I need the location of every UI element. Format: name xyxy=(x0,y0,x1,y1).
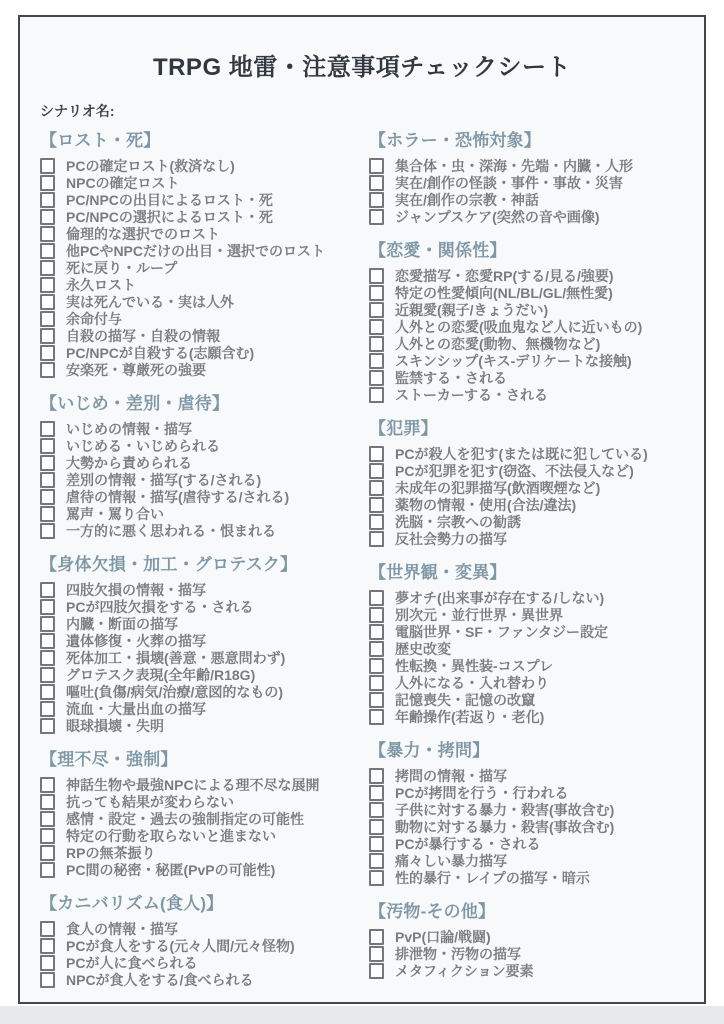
checklist-section: 【暴力・拷問】拷問の情報・描写PCが拷問を行う・行われる子供に対する暴力・殺害(… xyxy=(369,741,684,886)
checklist-item: 反社会勢力の描写 xyxy=(369,530,684,547)
checkbox[interactable] xyxy=(40,226,55,242)
checklist-item: ストーカーする・される xyxy=(369,386,684,403)
checklist-item: 食人の情報・描写 xyxy=(40,920,355,937)
checkbox[interactable] xyxy=(40,777,55,793)
checkbox[interactable] xyxy=(40,633,55,649)
checklist-item: 実在/創作の宗教・神話 xyxy=(369,191,684,208)
checklist-item: 人外との恋愛(吸血鬼など人に近いもの) xyxy=(369,318,684,335)
checklist-item: PvP(口論/戦闘) xyxy=(369,928,684,945)
checklist-section: 【犯罪】PCが殺人を犯す(または既に犯している)PCが犯罪を犯す(窃盗、不法侵入… xyxy=(369,419,684,547)
checkbox[interactable] xyxy=(40,362,55,378)
checkbox[interactable] xyxy=(40,277,55,293)
checklist-item: PCが四肢欠損をする・される xyxy=(40,598,355,615)
checklist-item: PCが拷問を行う・行われる xyxy=(369,784,684,801)
checklist-item: 余命付与 xyxy=(40,310,355,327)
checklist-item: 死体加工・損壊(善意・悪意問わず) xyxy=(40,649,355,666)
checklist-item: いじめの情報・描写 xyxy=(40,420,355,437)
checkbox[interactable] xyxy=(40,938,55,954)
checklist-item: 拷問の情報・描写 xyxy=(369,767,684,784)
page-title: TRPG 地雷・注意事項チェックシート xyxy=(40,47,684,82)
checklist-item: NPCの確定ロスト xyxy=(40,174,355,191)
checkbox[interactable] xyxy=(40,718,55,734)
checkbox[interactable] xyxy=(369,497,384,513)
checkbox[interactable] xyxy=(369,946,384,962)
checklist-item: 近親愛(親子/きょうだい) xyxy=(369,301,684,318)
checklist-item: PC間の秘密・秘匿(PvPの可能性) xyxy=(40,861,355,878)
checklist-item-label: 反社会勢力の描写 xyxy=(395,529,507,549)
checklist-section: 【恋愛・関係性】恋愛描写・恋愛RP(する/見る/強要)特定の性愛傾向(NL/BL… xyxy=(369,241,684,403)
checkbox[interactable] xyxy=(40,209,55,225)
checklist-item: 監禁する・される xyxy=(369,369,684,386)
checkbox[interactable] xyxy=(369,836,384,852)
checklist-item: 排泄物・汚物の描写 xyxy=(369,945,684,962)
checkbox[interactable] xyxy=(40,158,55,174)
checkbox[interactable] xyxy=(40,845,55,861)
checklist-item: 人外との恋愛(動物、無機物など) xyxy=(369,335,684,352)
checkbox[interactable] xyxy=(40,862,55,878)
checklist-item: PCが殺人を犯す(または既に犯している) xyxy=(369,445,684,462)
checklist-section: 【身体欠損・加工・グロテスク】四肢欠損の情報・描写PCが四肢欠損をする・される内… xyxy=(40,555,355,734)
checklist-item: 痛々しい暴力描写 xyxy=(369,852,684,869)
checklist-item: 実在/創作の怪談・事件・事故・災害 xyxy=(369,174,684,191)
checklist-item: グロテスク表現(全年齢/R18G) xyxy=(40,666,355,683)
checklist-page: TRPG 地雷・注意事項チェックシート シナリオ名: 【ロスト・死】PCの確定ロ… xyxy=(0,0,724,1006)
checkbox[interactable] xyxy=(40,489,55,505)
checkbox[interactable] xyxy=(369,531,384,547)
checklist-item: PC/NPCの出目によるロスト・死 xyxy=(40,191,355,208)
checkbox[interactable] xyxy=(40,599,55,615)
checklist-item: 嘔吐(負傷/病気/治療/意図的なもの) xyxy=(40,683,355,700)
checklist-item-label: ジャンプスケア(突然の音や画像) xyxy=(395,207,599,227)
checklist-item-label: ストーカーする・される xyxy=(395,385,548,405)
checklist-item: 抗っても結果が変わらない xyxy=(40,793,355,810)
checkbox[interactable] xyxy=(369,819,384,835)
checklist-item-label: メタフィクション要素 xyxy=(395,961,534,981)
checklist-item: 子供に対する暴力・殺害(事故含む) xyxy=(369,801,684,818)
checkbox[interactable] xyxy=(40,243,55,259)
checklist-section: 【カニバリズム(食人)】食人の情報・描写PCが食人をする(元々人間/元々怪物)P… xyxy=(40,894,355,988)
checklist-item-label: PC間の秘密・秘匿(PvPの可能性) xyxy=(66,860,275,880)
checkbox[interactable] xyxy=(369,641,384,657)
checklist-item: メタフィクション要素 xyxy=(369,962,684,979)
checkbox[interactable] xyxy=(369,785,384,801)
checklist-item: 自殺の描写・自殺の情報 xyxy=(40,327,355,344)
checklist-item: 特定の性愛傾向(NL/BL/GL/無性愛) xyxy=(369,284,684,301)
checkbox[interactable] xyxy=(369,514,384,530)
checkbox[interactable] xyxy=(40,472,55,488)
checkbox[interactable] xyxy=(40,650,55,666)
checklist-item: 実は死んでいる・実は人外 xyxy=(40,293,355,310)
checklist-item: 年齢操作(若返り・老化) xyxy=(369,708,684,725)
checkbox[interactable] xyxy=(369,802,384,818)
checklist-item: 差別の情報・描写(する/される) xyxy=(40,471,355,488)
checkbox[interactable] xyxy=(369,929,384,945)
checklist-item: ジャンプスケア(突然の音や画像) xyxy=(369,208,684,225)
checklist-columns: 【ロスト・死】PCの確定ロスト(救済なし)NPCの確定ロストPC/NPCの出目に… xyxy=(40,131,684,988)
checkbox[interactable] xyxy=(40,972,55,988)
checkbox[interactable] xyxy=(40,421,55,437)
checkbox[interactable] xyxy=(40,438,55,454)
checklist-item-label: 安楽死・尊厳死の強要 xyxy=(66,360,206,380)
checkbox[interactable] xyxy=(40,828,55,844)
checklist-item: 内臓・断面の描写 xyxy=(40,615,355,632)
checklist-item: 流血・大量出血の描写 xyxy=(40,700,355,717)
checkbox[interactable] xyxy=(40,955,55,971)
checklist-item: PCが食人をする(元々人間/元々怪物) xyxy=(40,937,355,954)
checkbox[interactable] xyxy=(40,921,55,937)
checklist-section: 【世界観・変異】夢オチ(出来事が存在する/しない)別次元・並行世界・異世界電脳世… xyxy=(369,563,684,725)
checklist-item: PCの確定ロスト(救済なし) xyxy=(40,157,355,174)
section-heading: 【ホラー・恐怖対象】 xyxy=(369,131,684,151)
checkbox[interactable] xyxy=(40,523,55,539)
checkbox[interactable] xyxy=(369,158,384,174)
checklist-item: いじめる・いじめられる xyxy=(40,437,355,454)
checkbox[interactable] xyxy=(40,794,55,810)
checklist-column-right: 【ホラー・恐怖対象】集合体・虫・深海・先端・内臓・人形実在/創作の怪談・事件・事… xyxy=(369,131,684,988)
checklist-item: 恋愛描写・恋愛RP(する/見る/強要) xyxy=(369,267,684,284)
checkbox[interactable] xyxy=(40,260,55,276)
checklist-section: 【汚物-その他】PvP(口論/戦闘)排泄物・汚物の描写メタフィクション要素 xyxy=(369,902,684,979)
checkbox[interactable] xyxy=(40,311,55,327)
section-heading: 【いじめ・差別・虐待】 xyxy=(40,394,355,414)
checklist-item: RPの無茶振り xyxy=(40,844,355,861)
checklist-item: PCが犯罪を犯す(窃盗、不法侵入など) xyxy=(369,462,684,479)
checklist-item-label: 眼球損壊・失明 xyxy=(66,716,164,736)
checkbox[interactable] xyxy=(369,370,384,386)
checkbox[interactable] xyxy=(40,667,55,683)
checklist-item: 虐待の情報・描写(虐待する/される) xyxy=(40,488,355,505)
checklist-item: 安楽死・尊厳死の強要 xyxy=(40,361,355,378)
section-heading: 【犯罪】 xyxy=(369,419,684,439)
checklist-item: 集合体・虫・深海・先端・内臓・人形 xyxy=(369,157,684,174)
checklist-item: 未成年の犯罪描写(飲酒喫煙など) xyxy=(369,479,684,496)
checkbox[interactable] xyxy=(369,675,384,691)
checkbox[interactable] xyxy=(369,268,384,284)
checkbox[interactable] xyxy=(369,285,384,301)
checklist-item: NPCが食人をする/食べられる xyxy=(40,971,355,988)
checklist-item-label: 一方的に悪く思われる・恨まれる xyxy=(66,521,276,541)
checkbox[interactable] xyxy=(369,624,384,640)
checklist-item: 動物に対する暴力・殺害(事故含む) xyxy=(369,818,684,835)
checkbox[interactable] xyxy=(369,353,384,369)
checkbox[interactable] xyxy=(40,506,55,522)
checklist-item: 歴史改変 xyxy=(369,640,684,657)
checklist-item: 記憶喪失・記憶の改竄 xyxy=(369,691,684,708)
checklist-item: 罵声・罵り合い xyxy=(40,505,355,522)
checkbox[interactable] xyxy=(369,387,384,403)
checklist-section: 【理不尽・強制】神話生物や最強NPCによる理不尽な展開抗っても結果が変わらない感… xyxy=(40,750,355,878)
checklist-item: 大勢から責められる xyxy=(40,454,355,471)
checklist-item: 眼球損壊・失明 xyxy=(40,717,355,734)
checkbox[interactable] xyxy=(369,336,384,352)
checkbox[interactable] xyxy=(40,582,55,598)
checkbox[interactable] xyxy=(40,684,55,700)
checklist-item-label: 年齢操作(若返り・老化) xyxy=(395,707,544,727)
section-heading: 【カニバリズム(食人)】 xyxy=(40,894,355,914)
checklist-item: 性的暴行・レイプの描写・暗示 xyxy=(369,869,684,886)
checklist-item: PC/NPCが自殺する(志願含む) xyxy=(40,344,355,361)
checkbox[interactable] xyxy=(369,853,384,869)
checkbox[interactable] xyxy=(369,590,384,606)
checklist-item: PC/NPCの選択によるロスト・死 xyxy=(40,208,355,225)
checklist-item-label: NPCが食人をする/食べられる xyxy=(66,970,253,990)
checkbox[interactable] xyxy=(40,811,55,827)
checkbox[interactable] xyxy=(369,480,384,496)
checklist-item: 倫理的な選択でのロスト xyxy=(40,225,355,242)
checkbox[interactable] xyxy=(369,209,384,225)
checklist-item: 永久ロスト xyxy=(40,276,355,293)
checklist-item-label: 性的暴行・レイプの描写・暗示 xyxy=(395,868,590,888)
checklist-item: 薬物の情報・使用(合法/違法) xyxy=(369,496,684,513)
checkbox[interactable] xyxy=(369,870,384,886)
checkbox[interactable] xyxy=(369,692,384,708)
checklist-item: 一方的に悪く思われる・恨まれる xyxy=(40,522,355,539)
checkbox[interactable] xyxy=(369,963,384,979)
checklist-item: 洗脳・宗教への勧誘 xyxy=(369,513,684,530)
checklist-item: 感情・設定・過去の強制指定の可能性 xyxy=(40,810,355,827)
checklist-item: PCが暴行する・される xyxy=(369,835,684,852)
checklist-section: 【いじめ・差別・虐待】いじめの情報・描写いじめる・いじめられる大勢から責められる… xyxy=(40,394,355,539)
checkbox[interactable] xyxy=(40,455,55,471)
checklist-item: 特定の行動を取らないと進まない xyxy=(40,827,355,844)
checklist-item: 死に戻り・ループ xyxy=(40,259,355,276)
checklist-item: 人外になる・入れ替わり xyxy=(369,674,684,691)
checkbox[interactable] xyxy=(40,328,55,344)
checkbox[interactable] xyxy=(369,463,384,479)
section-heading: 【恋愛・関係性】 xyxy=(369,241,684,261)
checkbox[interactable] xyxy=(369,302,384,318)
checkbox[interactable] xyxy=(369,319,384,335)
checkbox[interactable] xyxy=(369,446,384,462)
checkbox[interactable] xyxy=(369,175,384,191)
section-heading: 【世界観・変異】 xyxy=(369,563,684,583)
checklist-item: 四肢欠損の情報・描写 xyxy=(40,581,355,598)
checkbox[interactable] xyxy=(369,607,384,623)
checklist-item: 別次元・並行世界・異世界 xyxy=(369,606,684,623)
checklist-sheet-frame: TRPG 地雷・注意事項チェックシート シナリオ名: 【ロスト・死】PCの確定ロ… xyxy=(18,15,706,1004)
scenario-name-label: シナリオ名: xyxy=(40,101,684,121)
checklist-item: PCが人に食べられる xyxy=(40,954,355,971)
checklist-item: 電脳世界・SF・ファンタジー設定 xyxy=(369,623,684,640)
checklist-item: 遺体修復・火葬の描写 xyxy=(40,632,355,649)
section-heading: 【理不尽・強制】 xyxy=(40,750,355,770)
checklist-item: 神話生物や最強NPCによる理不尽な展開 xyxy=(40,776,355,793)
checkbox[interactable] xyxy=(40,175,55,191)
checkbox[interactable] xyxy=(369,709,384,725)
checkbox[interactable] xyxy=(40,701,55,717)
checkbox[interactable] xyxy=(40,616,55,632)
checklist-item: 夢オチ(出来事が存在する/しない) xyxy=(369,589,684,606)
section-heading: 【暴力・拷問】 xyxy=(369,741,684,761)
section-heading: 【身体欠損・加工・グロテスク】 xyxy=(40,555,355,575)
checkbox[interactable] xyxy=(40,345,55,361)
checkbox[interactable] xyxy=(369,768,384,784)
checkbox[interactable] xyxy=(40,294,55,310)
checkbox[interactable] xyxy=(369,192,384,208)
section-heading: 【ロスト・死】 xyxy=(40,131,355,151)
checklist-column-left: 【ロスト・死】PCの確定ロスト(救済なし)NPCの確定ロストPC/NPCの出目に… xyxy=(40,131,355,988)
checklist-item: 他PCやNPCだけの出目・選択でのロスト xyxy=(40,242,355,259)
checklist-section: 【ホラー・恐怖対象】集合体・虫・深海・先端・内臓・人形実在/創作の怪談・事件・事… xyxy=(369,131,684,225)
checkbox[interactable] xyxy=(369,658,384,674)
checklist-section: 【ロスト・死】PCの確定ロスト(救済なし)NPCの確定ロストPC/NPCの出目に… xyxy=(40,131,355,378)
checklist-item: スキンシップ(キス-デリケートな接触) xyxy=(369,352,684,369)
checklist-item: 性転換・異性装-コスプレ xyxy=(369,657,684,674)
section-heading: 【汚物-その他】 xyxy=(369,902,684,922)
checkbox[interactable] xyxy=(40,192,55,208)
